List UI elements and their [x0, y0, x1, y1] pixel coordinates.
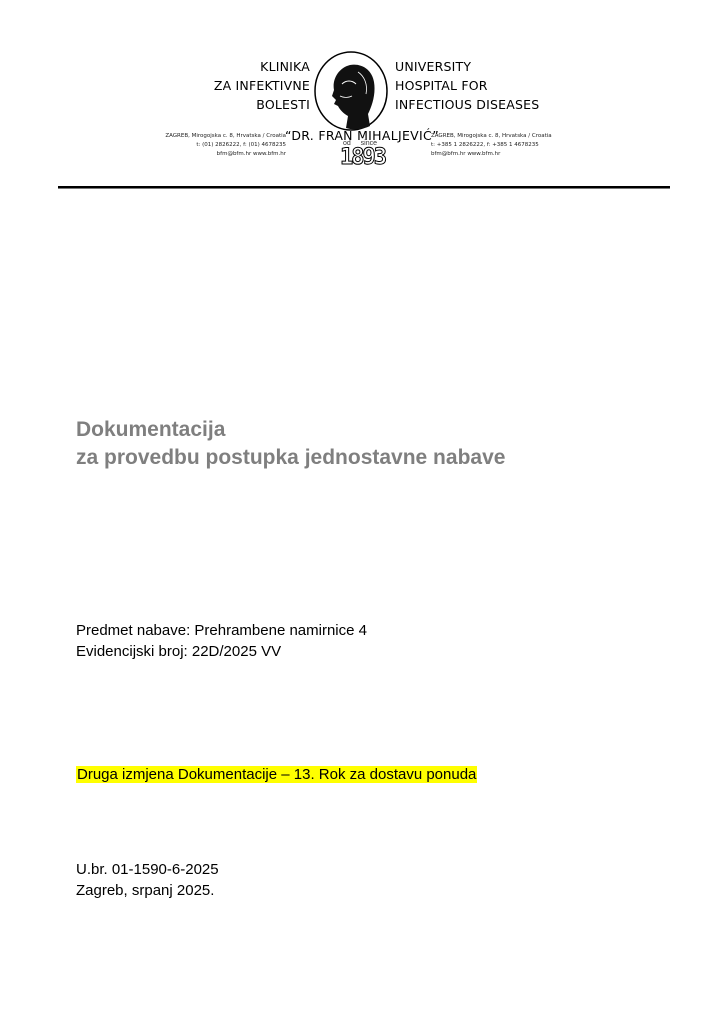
- institution-name-english: UNIVERSITY HOSPITAL FOR INFECTIOUS DISEA…: [395, 57, 539, 114]
- founded-year: 1893: [340, 147, 380, 169]
- document-title: Dokumentacija za provedbu postupka jedno…: [76, 416, 505, 472]
- address-line: ZAGREB, Mirogojska c. 8, Hrvatska / Croa…: [156, 132, 286, 141]
- institution-name-croatian: KLINIKA ZA INFEKTIVNE BOLESTI: [214, 57, 310, 114]
- amendment-note: Druga izmjena Dokumentacije – 13. Rok za…: [76, 764, 477, 785]
- lh-left-line: BOLESTI: [214, 95, 310, 114]
- lh-left-line: ZA INFEKTIVNE: [214, 76, 310, 95]
- address-line: bfm@bfm.hr www.bfm.hr: [156, 150, 286, 159]
- portrait-medallion-icon: [312, 50, 390, 132]
- lh-right-line: HOSPITAL FOR: [395, 76, 539, 95]
- procurement-subject: Predmet nabave: Prehrambene namirnice 4: [76, 620, 367, 641]
- place-date: Zagreb, srpanj 2025.: [76, 880, 219, 901]
- address-line: ZAGREB, Mirogojska c. 8, Hrvatska / Croa…: [431, 132, 571, 141]
- procurement-info: Predmet nabave: Prehrambene namirnice 4 …: [76, 620, 367, 662]
- registry-number: U.br. 01-1590-6-2025: [76, 859, 219, 880]
- lh-left-line: KLINIKA: [214, 57, 310, 76]
- lh-right-line: UNIVERSITY: [395, 57, 539, 76]
- address-english: ZAGREB, Mirogojska c. 8, Hrvatska / Croa…: [431, 132, 571, 159]
- address-line: bfm@bfm.hr www.bfm.hr: [431, 150, 571, 159]
- document-footer: U.br. 01-1590-6-2025 Zagreb, srpanj 2025…: [76, 859, 219, 901]
- title-line: Dokumentacija: [76, 416, 505, 444]
- reference-number: Evidencijski broj: 22D/2025 VV: [76, 641, 367, 662]
- title-line: za provedbu postupka jednostavne nabave: [76, 444, 505, 472]
- address-croatian: ZAGREB, Mirogojska c. 8, Hrvatska / Croa…: [156, 132, 286, 159]
- highlighted-amendment: Druga izmjena Dokumentacije – 13. Rok za…: [76, 766, 477, 783]
- founded-badge: od since 1893: [340, 140, 380, 169]
- header-divider: [58, 186, 670, 189]
- lh-right-line: INFECTIOUS DISEASES: [395, 95, 539, 114]
- address-line: t: (01) 2826222, f: (01) 4678235: [156, 141, 286, 150]
- address-line: t: +385 1 2826222, f: +385 1 4678235: [431, 141, 571, 150]
- letterhead: KLINIKA ZA INFEKTIVNE BOLESTI UNIVERSITY…: [0, 0, 724, 190]
